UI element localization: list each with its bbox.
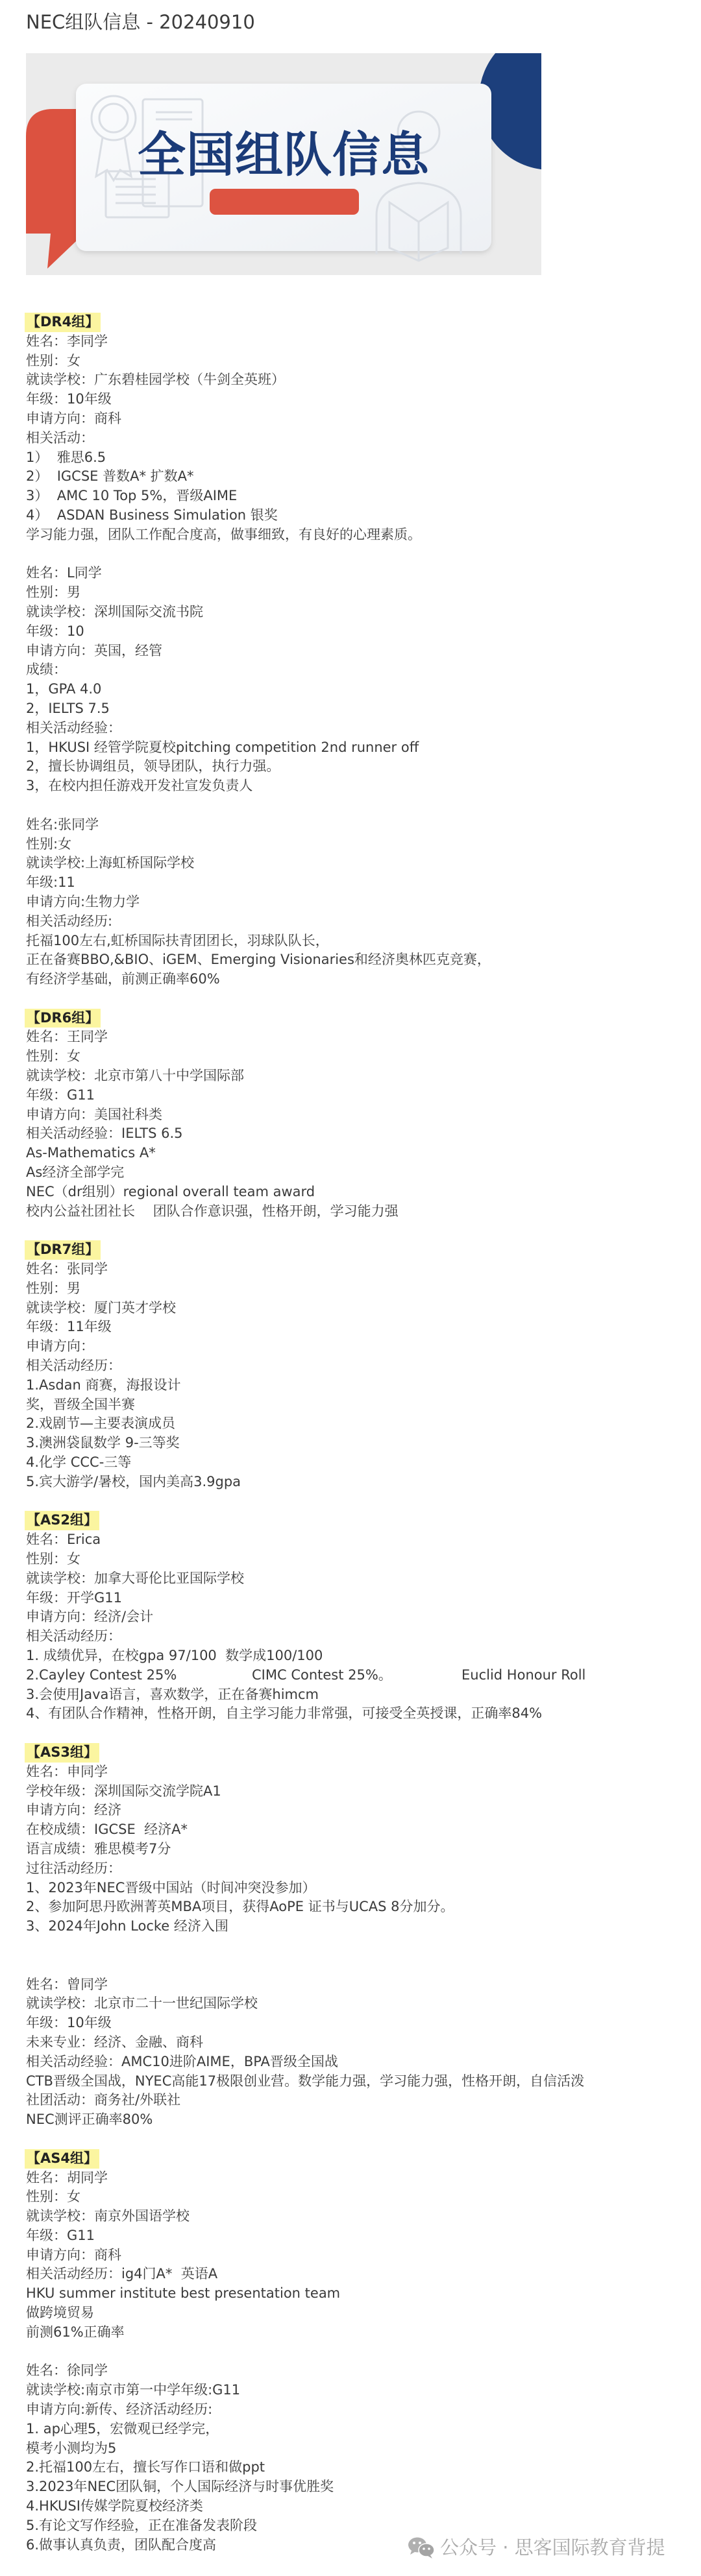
group-dr4: 【DR4组】 姓名：李同学 性别：女 就读学校：广东碧桂园学校（牛剑全英班） 年…	[26, 313, 688, 989]
group-label: 【AS3组】	[25, 1743, 99, 1763]
info-line: 未来专业：经济、金融、商科	[26, 2033, 688, 2052]
info-line: 5.有论文写作经验，正在准备发表阶段	[26, 2516, 688, 2536]
info-line: 2，IELTS 7.5	[26, 699, 688, 719]
student-entry: 姓名：张同学 性别：男 就读学校：厦门英才学校 年级：11年级 申请方向： 相关…	[26, 1260, 688, 1492]
contest-euclid: Euclid Honour Roll	[461, 1666, 585, 1685]
info-line: 语言成绩：雅思模考7分	[26, 1840, 688, 1859]
info-line: 相关活动经历：ig4门A* 英语A	[26, 2265, 688, 2284]
info-line: 年级：10年级	[26, 2014, 688, 2033]
info-line: 做跨境贸易	[26, 2304, 688, 2323]
group-dr7: 【DR7组】 姓名：张同学 性别：男 就读学校：厦门英才学校 年级：11年级 申…	[26, 1240, 688, 1491]
info-line: 3.会使用Java语言，喜欢数学，正在备赛himcm	[26, 1685, 688, 1705]
info-line: 成绩：	[26, 660, 688, 680]
student-entry: 姓名：王同学 性别：女 就读学校：北京市第八十中学国际部 年级：G11 申请方向…	[26, 1028, 688, 1221]
student-entry: 姓名:张同学 性别:女 就读学校:上海虹桥国际学校 年级:11 申请方向:生物力…	[26, 815, 688, 989]
wechat-icon	[408, 2536, 435, 2558]
info-line: 社团活动：商务社/外联社	[26, 2091, 688, 2110]
spacer	[26, 796, 688, 815]
info-line: 性别：男	[26, 583, 688, 603]
info-line: HKU summer institute best presentation t…	[26, 2284, 688, 2304]
info-line: 姓名：胡同学	[26, 2169, 688, 2188]
info-line: 姓名：L同学	[26, 564, 688, 583]
group-label: 【DR4组】	[25, 313, 101, 332]
info-line: 相关活动经历:	[26, 912, 688, 932]
student-entry: 姓名：李同学 性别：女 就读学校：广东碧桂园学校（牛剑全英班） 年级：10年级 …	[26, 332, 688, 545]
info-line: 年级:11	[26, 873, 688, 893]
info-line: NEC（dr组别）regional overall team award	[26, 1183, 688, 1202]
info-line: 就读学校：加拿大哥伦比亚国际学校	[26, 1569, 688, 1589]
spacer	[26, 1492, 688, 1511]
info-line: 申请方向:新传、经济活动经历:	[26, 2400, 688, 2420]
info-line: 奖，晋级全国半赛	[26, 1395, 688, 1415]
info-line: As经济全部学完	[26, 1163, 688, 1183]
info-line: 年级：10年级	[26, 390, 688, 409]
group-as2: 【AS2组】 姓名：Erica 性别：女 就读学校：加拿大哥伦比亚国际学校 年级…	[26, 1511, 688, 1724]
info-line: 在校成绩：IGCSE 经济A*	[26, 1820, 688, 1840]
info-line: 模考小测均为5	[26, 2439, 688, 2459]
info-line: 就读学校：北京市第八十中学国际部	[26, 1066, 688, 1086]
info-line: 1. ap心理5，宏微观已经学完，	[26, 2420, 688, 2439]
info-line: 2.托福100左右，擅长写作口语和做ppt	[26, 2458, 688, 2477]
info-line: 5.宾大游学/暑校，国内美高3.9gpa	[26, 1473, 688, 1492]
info-line: 相关活动经历：	[26, 1356, 688, 1376]
info-line: 有经济学基础，前测正确率60%	[26, 970, 688, 989]
student-entry: 姓名：申同学 学校年级：深圳国际交流学院A1 申请方向：经济 在校成绩：IGCS…	[26, 1763, 688, 1936]
info-line: 2、参加阿思丹欧洲菁英MBA项目，获得AoPE 证书与UCAS 8分加分。	[26, 1897, 688, 1917]
info-line: 相关活动：	[26, 429, 688, 448]
spacer	[26, 1956, 688, 1975]
info-line: 年级：11年级	[26, 1318, 688, 1337]
info-line: As-Mathematics A*	[26, 1144, 688, 1163]
group-as4: 【AS4组】 姓名：胡同学 性别：女 就读学校：南京外国语学校 年级：G11 申…	[26, 2149, 688, 2555]
contest-results-line: 2.Cayley Contest 25% CIMC Contest 25%。 E…	[26, 1666, 688, 1685]
spacer	[26, 1221, 688, 1240]
info-line: 性别:女	[26, 835, 688, 854]
info-line: 相关活动经历：	[26, 1627, 688, 1646]
info-line: 就读学校：深圳国际交流书院	[26, 603, 688, 622]
info-line: 4.HKUSI传媒学院夏校经济类	[26, 2497, 688, 2516]
info-line: 姓名：李同学	[26, 332, 688, 352]
info-line: 就读学校：厦门英才学校	[26, 1299, 688, 1318]
info-line: 1） 雅思6.5	[26, 448, 688, 468]
page-title: NEC组队信息 - 20240910	[26, 9, 255, 35]
banner-image: 全国组队信息	[26, 53, 541, 275]
team-info-list: 【DR4组】 姓名：李同学 性别：女 就读学校：广东碧桂园学校（牛剑全英班） 年…	[26, 313, 688, 2555]
watermark: 公众号 · 思客国际教育背提	[408, 2534, 665, 2561]
info-line: 性别：女	[26, 1047, 688, 1066]
info-line: 性别：男	[26, 1279, 688, 1299]
info-line: 1，HKUSI 经管学院夏校pitching competition 2nd r…	[26, 738, 688, 758]
info-line: 性别：女	[26, 352, 688, 371]
info-line: 申请方向：商科	[26, 409, 688, 429]
info-line: 2.戏剧节—主要表演成员	[26, 1414, 688, 1434]
info-line: 相关活动经验：AMC10进阶AIME，BPA晋级全国战	[26, 2052, 688, 2072]
info-line: 3、2024年John Locke 经济入围	[26, 1917, 688, 1936]
info-line: 学习能力强，团队工作配合度高，做事细致，有良好的心理素质。	[26, 525, 688, 545]
info-line: 1、2023年NEC晋级中国站（时间冲突没参加）	[26, 1879, 688, 1898]
group-dr6: 【DR6组】 姓名：王同学 性别：女 就读学校：北京市第八十中学国际部 年级：G…	[26, 1009, 688, 1222]
info-line: 3） AMC 10 Top 5%，晋级AIME	[26, 487, 688, 506]
info-line: 年级：10	[26, 622, 688, 642]
info-line: 就读学校：广东碧桂园学校（牛剑全英班）	[26, 370, 688, 390]
info-line: 学校年级：深圳国际交流学院A1	[26, 1782, 688, 1801]
info-line: 就读学校：南京外国语学校	[26, 2207, 688, 2226]
info-line: 就读学校：北京市二十一世纪国际学校	[26, 1994, 688, 2014]
spacer	[26, 2342, 688, 2362]
student-entry: 姓名：曾同学 就读学校：北京市二十一世纪国际学校 年级：10年级 未来专业：经济…	[26, 1975, 688, 2130]
info-line: 前测61%正确率	[26, 2323, 688, 2342]
info-line: 就读学校:上海虹桥国际学校	[26, 854, 688, 873]
info-line: 申请方向：英国，经管	[26, 642, 688, 661]
group-label: 【DR7组】	[25, 1240, 101, 1260]
info-line: 1.Asdan 商赛，海报设计	[26, 1376, 688, 1395]
info-line: 姓名:张同学	[26, 815, 688, 835]
info-line: 姓名：徐同学	[26, 2361, 688, 2381]
group-label: 【AS4组】	[25, 2149, 99, 2169]
info-line: 3.澳洲袋鼠数学 9-三等奖	[26, 1434, 688, 1453]
info-line: 姓名：Erica	[26, 1530, 688, 1550]
spacer	[26, 2130, 688, 2149]
info-line: 1. 成绩优异，在校gpa 97/100 数学成100/100	[26, 1646, 688, 1666]
info-line: 姓名：曾同学	[26, 1975, 688, 1995]
red-accent-bar	[210, 189, 359, 215]
info-line: 相关活动经验：IELTS 6.5	[26, 1124, 688, 1144]
student-entry: 姓名：Erica 性别：女 就读学校：加拿大哥伦比亚国际学校 年级：开学G11 …	[26, 1530, 688, 1724]
spacer	[26, 989, 688, 1009]
contest-cimc: CIMC Contest 25%。	[252, 1666, 392, 1685]
info-line: 年级：开学G11	[26, 1589, 688, 1608]
info-line: 年级：G11	[26, 2226, 688, 2246]
info-line: 性别：女	[26, 2187, 688, 2207]
group-label: 【DR6组】	[25, 1009, 101, 1028]
info-line: 姓名：张同学	[26, 1260, 688, 1279]
info-line: 性别：女	[26, 1550, 688, 1569]
group-as3: 【AS3组】 姓名：申同学 学校年级：深圳国际交流学院A1 申请方向：经济 在校…	[26, 1743, 688, 2130]
info-line: 3.2023年NEC团队铜，个人国际经济与时事优胜奖	[26, 2477, 688, 2497]
info-line: 3，在校内担任游戏开发社宣发负责人	[26, 776, 688, 796]
info-line: 申请方向：	[26, 1337, 688, 1356]
info-line: 2） IGCSE 普数A* 扩数A*	[26, 467, 688, 487]
info-line: 过往活动经历：	[26, 1859, 688, 1879]
info-line: 申请方向：经济/会计	[26, 1607, 688, 1627]
student-entry: 姓名：徐同学 就读学校:南京市第一中学年级:G11 申请方向:新传、经济活动经历…	[26, 2361, 688, 2555]
watermark-text: 公众号 · 思客国际教育背提	[440, 2534, 665, 2561]
info-line: 姓名：王同学	[26, 1028, 688, 1047]
info-line: 4） ASDAN Business Simulation 银奖	[26, 506, 688, 525]
info-line: 4、有团队合作精神，性格开朗，自主学习能力非常强，可接受全英授课，正确率84%	[26, 1704, 688, 1724]
info-line: 2，擅长协调组员，领导团队，执行力强。	[26, 757, 688, 776]
info-line: 申请方向：商科	[26, 2246, 688, 2265]
info-line: CTB晋级全国战，NYEC高能17极限创业营。数学能力强，学习能力强，性格开朗，…	[26, 2072, 688, 2091]
spacer	[26, 1724, 688, 1743]
info-line: 1，GPA 4.0	[26, 680, 688, 699]
spacer	[26, 1936, 688, 1956]
info-line: 申请方向：美国社科类	[26, 1105, 688, 1125]
contest-cayley: 2.Cayley Contest 25%	[26, 1666, 177, 1685]
group-label: 【AS2组】	[25, 1511, 99, 1530]
spacer	[26, 545, 688, 564]
info-line: 正在备赛BBO,&BIO、iGEM、Emerging Visionaries和经…	[26, 950, 688, 970]
info-line: 相关活动经验：	[26, 719, 688, 738]
info-line: 校内公益社团社长 团队合作意识强，性格开朗，学习能力强	[26, 1202, 688, 1222]
info-line: 申请方向:生物力学	[26, 893, 688, 912]
info-line: 托福100左右,虹桥国际扶青团团长，羽球队队长，	[26, 932, 688, 951]
info-line: 就读学校:南京市第一中学年级:G11	[26, 2381, 688, 2400]
info-line: 姓名：申同学	[26, 1763, 688, 1782]
info-line: NEC测评正确率80%	[26, 2110, 688, 2130]
student-entry: 姓名：胡同学 性别：女 就读学校：南京外国语学校 年级：G11 申请方向：商科 …	[26, 2169, 688, 2342]
banner-heading: 全国组队信息	[76, 130, 491, 180]
student-entry: 姓名：L同学 性别：男 就读学校：深圳国际交流书院 年级：10 申请方向：英国，…	[26, 564, 688, 796]
info-line: 申请方向：经济	[26, 1801, 688, 1820]
info-line: 4.化学 CCC-三等	[26, 1453, 688, 1473]
info-line: 年级：G11	[26, 1086, 688, 1105]
